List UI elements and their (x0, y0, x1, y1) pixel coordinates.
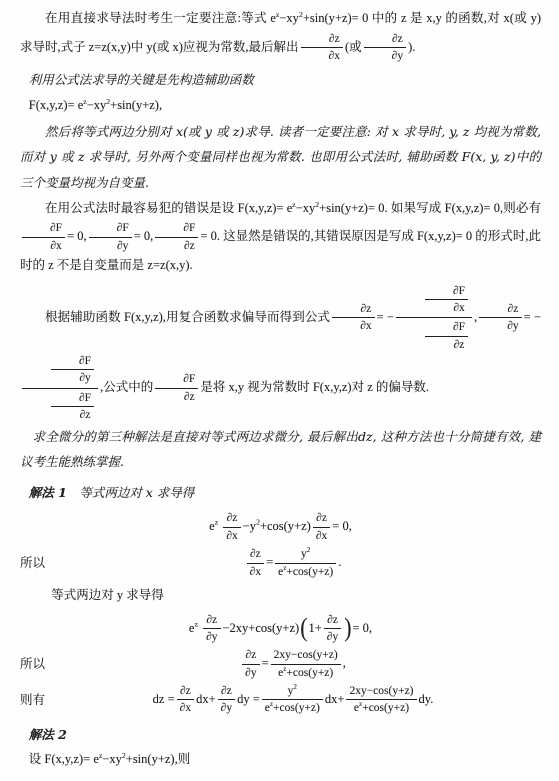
line-set-aux-function: 设 F(x,y,z)= ez−xy2+sin(y+z),则 (20, 747, 541, 773)
solution1-heading: 解法 1 等式两边对 x 求导得 (20, 480, 541, 506)
equation-row-dzdy: 所以 ∂z∂y=2xy−cos(y+z)ez+cos(y+z), (20, 648, 541, 680)
equation-row-total-differential: 则有 dz =∂z∂xdx+∂z∂ydy =y2ez+cos(y+z)dx+2x… (20, 684, 541, 716)
label-therefore-2: 所以 (20, 655, 45, 674)
paragraph-partial-derivative-note: 然后将等式两边分别对 x(或 y 或 z)求导. 读者一定要注意: 对 x 求导… (20, 119, 541, 196)
equation-total-differential: dz =∂z∂xdx+∂z∂ydy =y2ez+cos(y+z)dx+2xy−c… (45, 684, 541, 716)
equation-dzdy-result: ∂z∂y=2xy−cos(y+z)ez+cos(y+z), (45, 648, 541, 680)
formula-aux-function-definition: F(x,y,z)= ez−xy2+sin(y+z), (20, 93, 541, 119)
document-page: 在用直接求导法时考生一定要注意:等式 ez−xy2+sin(y+z)= 0 中的… (0, 0, 559, 781)
label-therefore-1: 所以 (20, 554, 45, 573)
paragraph-third-method-note: 求全微分的第三种解法是直接对等式两边求微分, 最后解出dz, 这种方法也十分简捷… (20, 424, 541, 475)
paragraph-common-mistake: 在用公式法时最容易犯的错误是设 F(x,y,z)= ez−xy2+sin(y+z… (20, 196, 541, 279)
paragraph-direct-method-note: 在用直接求导法时考生一定要注意:等式 ez−xy2+sin(y+z)= 0 中的… (20, 6, 541, 63)
equation-row-dzdx: 所以 ∂z∂x=y2ez+cos(y+z). (20, 547, 541, 579)
equation-x-derivative: ez ∂z∂x−y2+cos(y+z)∂z∂x= 0, (20, 511, 541, 543)
solution2-heading: 解法 2 (20, 722, 541, 748)
line-y-derive-intro: 等式两边对 y 求导得 (20, 583, 541, 609)
equation-dzdx-result: ∂z∂x=y2ez+cos(y+z). (45, 547, 541, 579)
label-then-have: 则有 (20, 691, 45, 710)
line-aux-function-intro: 利用公式法求导的关键是先构造辅助函数 (20, 67, 541, 93)
paragraph-formula-derivation: 根据辅助函数 F(x,y,z),用复合函数求偏导而得到公式∂z∂x= −∂F∂x… (20, 283, 541, 424)
equation-y-derivative: ez ∂z∂y−2xy+cos(y+z)(1+∂z∂y)= 0, (20, 613, 541, 645)
